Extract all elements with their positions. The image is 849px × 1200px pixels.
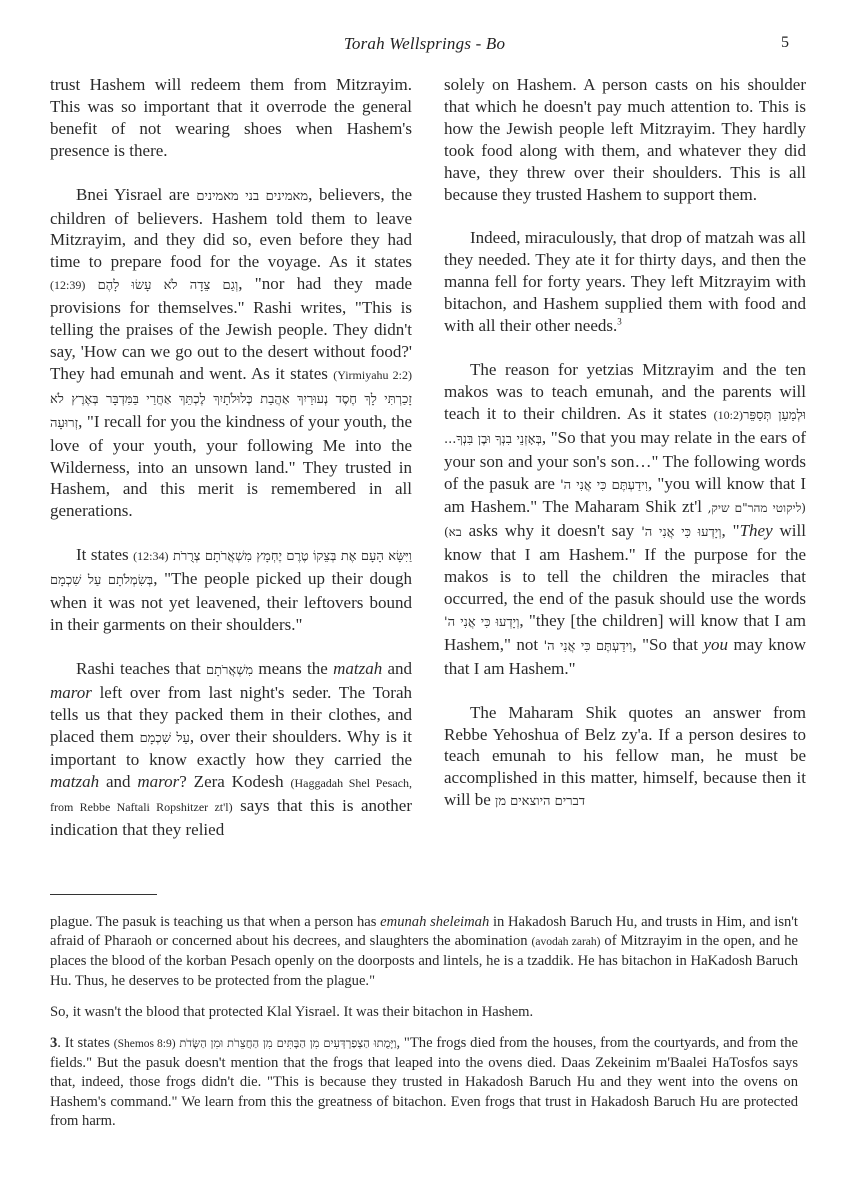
text-run: Indeed, miraculously, that drop of matza… [444, 228, 806, 335]
footnote-3: 3. It states (Shemos 8:9) וַיָּמֻתוּ הַצ… [50, 1034, 798, 1131]
footnote-reference[interactable]: 3 [617, 316, 622, 326]
source-citation: (Yirmiyahu 2:2) [333, 368, 412, 382]
text-run: , "I recall for you the kindness of your… [50, 412, 412, 521]
italic-term: emunah sheleimah [380, 914, 489, 930]
hebrew-text: עַל שִׁכְמָם [140, 731, 190, 746]
paragraph: trust Hashem will redeem them from Mitzr… [50, 74, 412, 162]
source-citation: (avodah zarah) [532, 936, 601, 948]
text-run: Rashi teaches that [76, 659, 206, 678]
hebrew-text: מאמינים בני מאמינים [196, 189, 308, 204]
footnote-continuation: So, it wasn't the blood that protected K… [50, 1003, 798, 1022]
hebrew-text: וִידַעְתֶּם כִּי אֲנִי ה' [544, 639, 633, 654]
page-number: 5 [781, 34, 789, 52]
text-run: It states [76, 545, 133, 564]
paragraph: The reason for yetzias Mitzrayim and the… [444, 359, 806, 680]
paragraph: Rashi teaches that מִשְׁאֲרֹתָם means th… [50, 658, 412, 841]
text-run: asks why it doesn't say [462, 521, 642, 540]
italic-term: maror [50, 683, 92, 702]
text-run: and [99, 772, 137, 791]
italic-term: maror [137, 772, 179, 791]
hebrew-text: וִידַעְתֶּם כִּי אֲנִי ה' [560, 478, 648, 493]
italic-term: matzah [50, 772, 99, 791]
text-run: Bnei Yisrael are [76, 185, 196, 204]
italic-term: you [703, 635, 728, 654]
hebrew-text: וְגַם צֵדָה לֹא עָשׂוּ לָהֶם [98, 278, 239, 293]
text-run: . It states [57, 1035, 113, 1051]
text-run: ? Zera Kodesh [179, 772, 290, 791]
text-run: , " [721, 521, 739, 540]
text-run: plague. The pasuk is teaching us that wh… [50, 914, 380, 930]
italic-term: matzah [333, 659, 382, 678]
source-citation: (Shemos 8:9) [114, 1038, 176, 1050]
source-citation: (10:2) [714, 408, 743, 422]
paragraph: Bnei Yisrael are מאמינים בני מאמינים, be… [50, 184, 412, 523]
book-title: Torah Wellsprings - Bo [0, 34, 849, 54]
source-citation: (12:39) [50, 278, 85, 292]
footnote-continuation: plague. The pasuk is teaching us that wh… [50, 913, 798, 991]
right-column: solely on Hashem. A person casts on his … [444, 74, 806, 835]
text-run: and [382, 659, 412, 678]
italic-term: They [740, 521, 773, 540]
footnotes-section: plague. The pasuk is teaching us that wh… [50, 913, 798, 1143]
paragraph: It states (12:34) וַיִּשָּׂא הָעָם אֶת ב… [50, 544, 412, 636]
source-citation: (12:34) [133, 549, 168, 563]
hebrew-text: וְיָדְעוּ כִּי אֲנִי ה' [444, 615, 519, 630]
paragraph: Indeed, miraculously, that drop of matza… [444, 227, 806, 337]
running-header: Torah Wellsprings - Bo 5 [0, 34, 849, 56]
paragraph: solely on Hashem. A person casts on his … [444, 74, 806, 205]
text-run: , "So that [632, 635, 703, 654]
left-column: trust Hashem will redeem them from Mitzr… [50, 74, 412, 863]
text-run: means the [253, 659, 333, 678]
hebrew-text: מִשְׁאֲרֹתָם [206, 663, 253, 678]
footnote-separator [50, 894, 157, 895]
paragraph: The Maharam Shik quotes an answer from R… [444, 702, 806, 814]
hebrew-text: וְיָדְעוּ כִּי אֲנִי ה' [641, 525, 721, 540]
hebrew-text: וַיָּמֻתוּ הַצְפַרְדְּעִים מִן הַבָּתִּי… [179, 1036, 396, 1050]
hebrew-text: דברים היוצאים מן [495, 794, 585, 809]
